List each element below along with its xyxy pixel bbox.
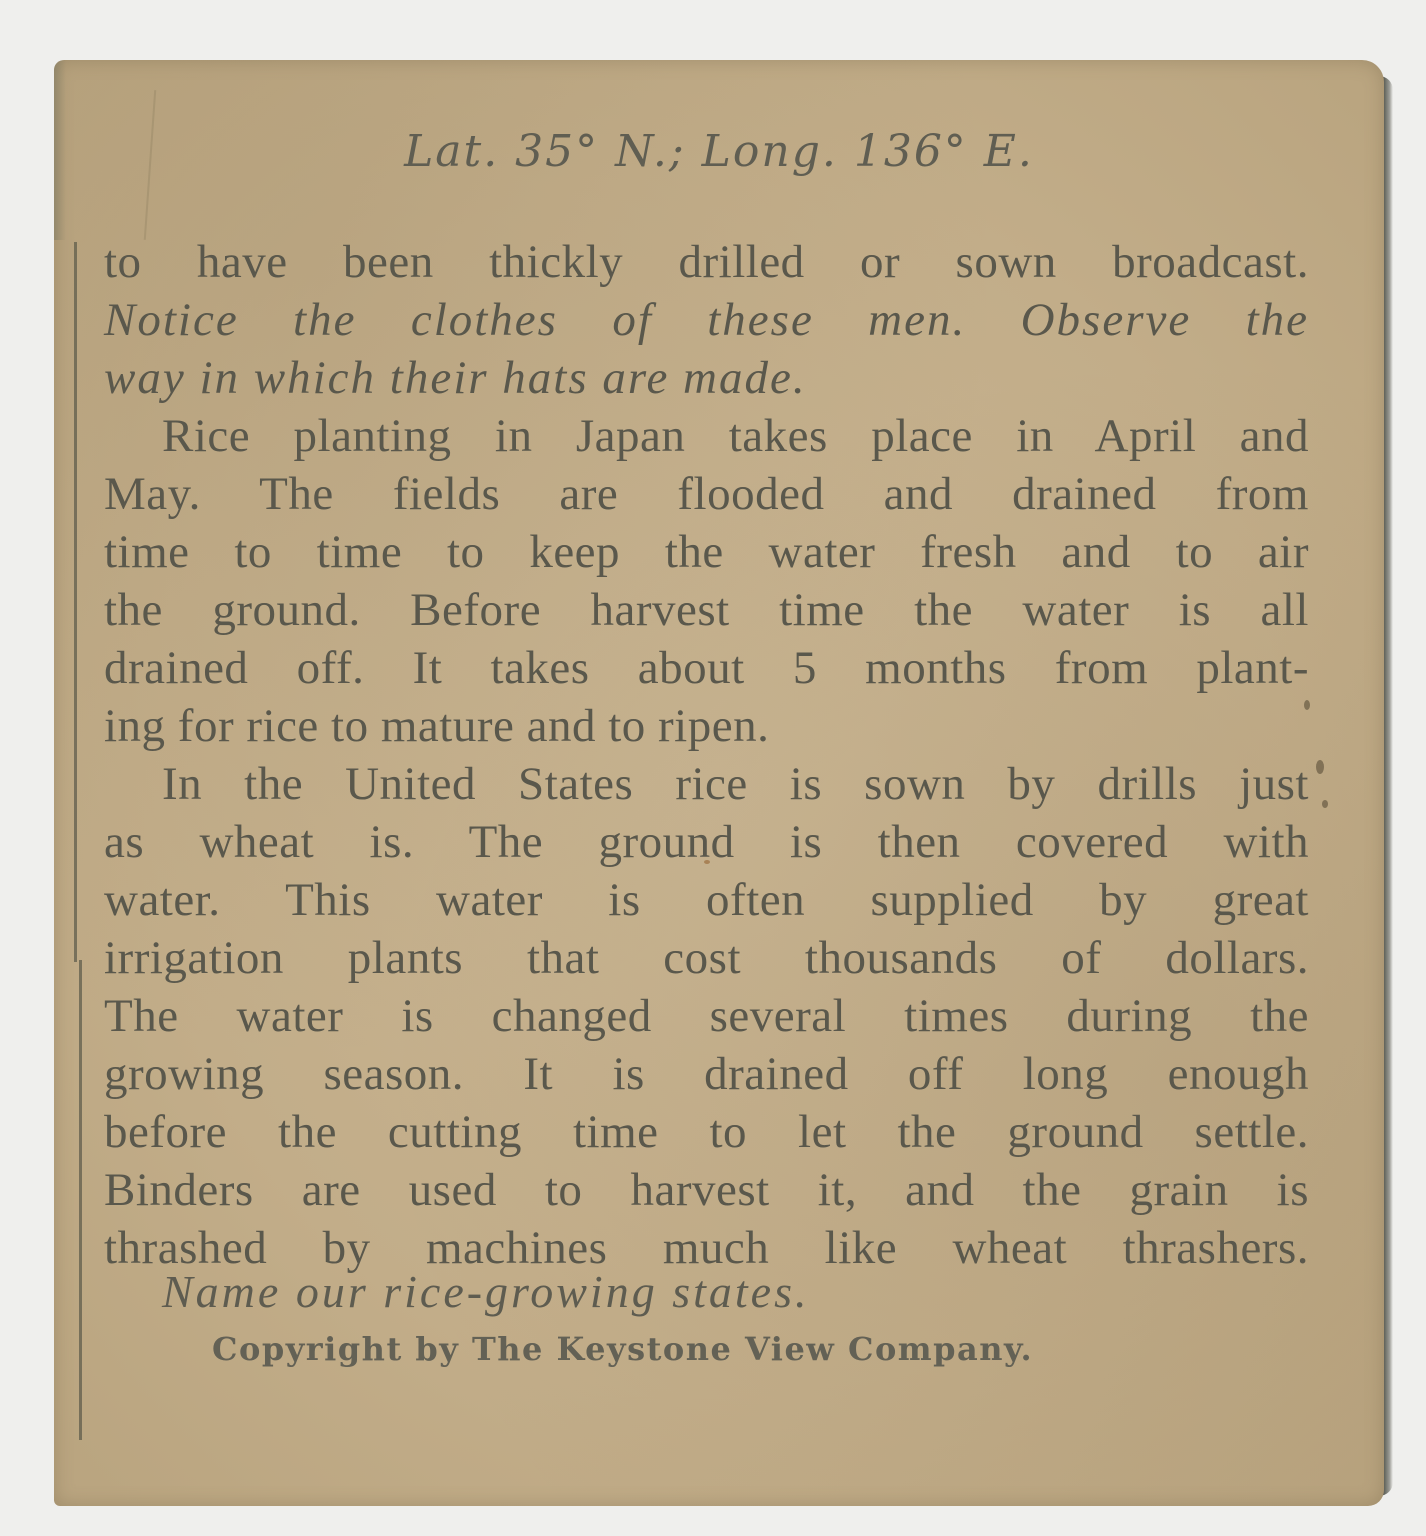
stain-speck — [704, 860, 710, 864]
text-line: drained off. It takes about 5 months fro… — [104, 640, 1309, 696]
stereoview-card-back: Lat. 35° N.; Long. 136° E. to have been … — [54, 60, 1384, 1506]
text-line: before the cutting time to let the groun… — [104, 1104, 1309, 1160]
text-line: Rice planting in Japan takes place in Ap… — [162, 408, 1309, 464]
card-text: Lat. 35° N.; Long. 136° E. to have been … — [54, 60, 1384, 1506]
text-line: time to time to keep the water fresh and… — [104, 524, 1309, 580]
text-line-italic: Notice the clothes of these men. Observe… — [104, 292, 1309, 348]
text-line: May. The fields are flooded and drained … — [104, 466, 1309, 522]
text-line: water. This water is often supplied by g… — [104, 872, 1309, 928]
text-line: the ground. Before harvest time the wate… — [104, 582, 1309, 638]
text-line: growing season. It is drained off long e… — [104, 1046, 1309, 1102]
text-line: ing for rice to mature and to ripen. — [104, 698, 1309, 754]
closing-question: Name our rice-growing states. — [162, 1265, 810, 1318]
text-line: In the United States rice is sown by dri… — [162, 756, 1309, 812]
text-line: to have been thickly drilled or sown bro… — [104, 234, 1309, 290]
coordinates-heading: Lat. 35° N.; Long. 136° E. — [54, 126, 1384, 177]
text-line: Binders are used to harvest it, and the … — [104, 1162, 1309, 1218]
text-line-italic: way in which their hats are made. — [104, 350, 1309, 406]
ink-speck — [1304, 700, 1310, 710]
text-line: The water is changed several times durin… — [104, 988, 1309, 1044]
text-line: irrigation plants that cost thousands of… — [104, 930, 1309, 986]
ink-speck — [1316, 760, 1324, 774]
ink-speck — [1322, 800, 1328, 808]
copyright-notice: Copyright by The Keystone View Company. — [212, 1330, 1033, 1368]
